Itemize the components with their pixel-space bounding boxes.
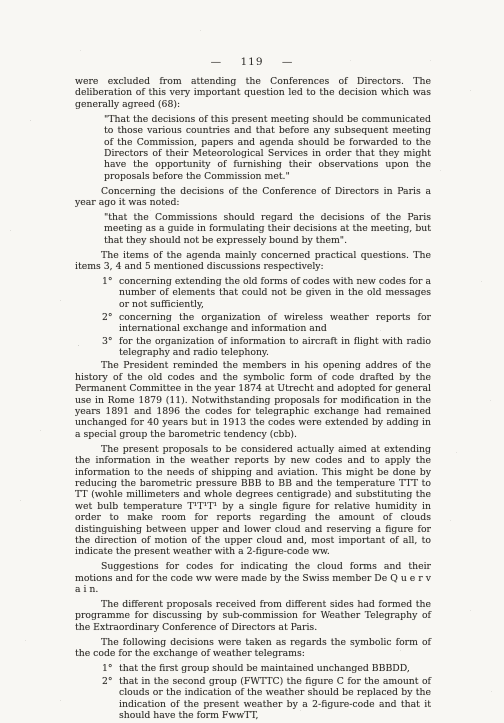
numbered-item: 1°that the first group should be maintai… xyxy=(102,663,431,674)
numbered-item: 2°concerning the organization of wireles… xyxy=(102,312,431,335)
paragraph: The President reminded the members in hi… xyxy=(75,360,431,440)
paragraph: The items of the agenda mainly concerned… xyxy=(75,250,431,273)
list-item-marker: 3° xyxy=(102,336,119,359)
paragraph: The present proposals to be considered a… xyxy=(75,444,431,558)
block-quote: "that the Commissions should regard the … xyxy=(104,212,431,246)
list-item-text: for the organization of information to a… xyxy=(119,336,431,359)
list-item-marker: 1° xyxy=(102,276,119,310)
numbered-item: 3°for the organization of information to… xyxy=(102,336,431,359)
page-body: were excluded from attending the Confere… xyxy=(75,76,431,723)
scan-noise xyxy=(0,0,1,1)
scanned-document-page: — 119 — were excluded from attending the… xyxy=(0,0,504,723)
paragraph: The different proposals received from di… xyxy=(75,599,431,633)
paragraph: Concerning the decisions of the Conferen… xyxy=(75,186,431,209)
list-item-marker: 1° xyxy=(102,663,119,674)
numbered-item: 1°concerning extending the old forms of … xyxy=(102,276,431,310)
list-item-text: that the first group should be maintaine… xyxy=(119,663,431,674)
paragraph: The following decisions were taken as re… xyxy=(75,637,431,660)
list-item-marker: 2° xyxy=(102,312,119,335)
page-number-header: — 119 — xyxy=(0,56,504,68)
list-item-text: concerning the organization of wireless … xyxy=(119,312,431,335)
list-item-text: that in the second group (FWTTC) the fig… xyxy=(119,676,431,722)
paragraph: were excluded from attending the Confere… xyxy=(75,76,431,110)
numbered-item: 2°that in the second group (FWTTC) the f… xyxy=(102,676,431,722)
list-item-text: concerning extending the old forms of co… xyxy=(119,276,431,310)
paragraph: Suggestions for codes for indicating the… xyxy=(75,561,431,595)
block-quote: "That the decisions of this present meet… xyxy=(104,114,431,182)
list-item-marker: 2° xyxy=(102,676,119,722)
